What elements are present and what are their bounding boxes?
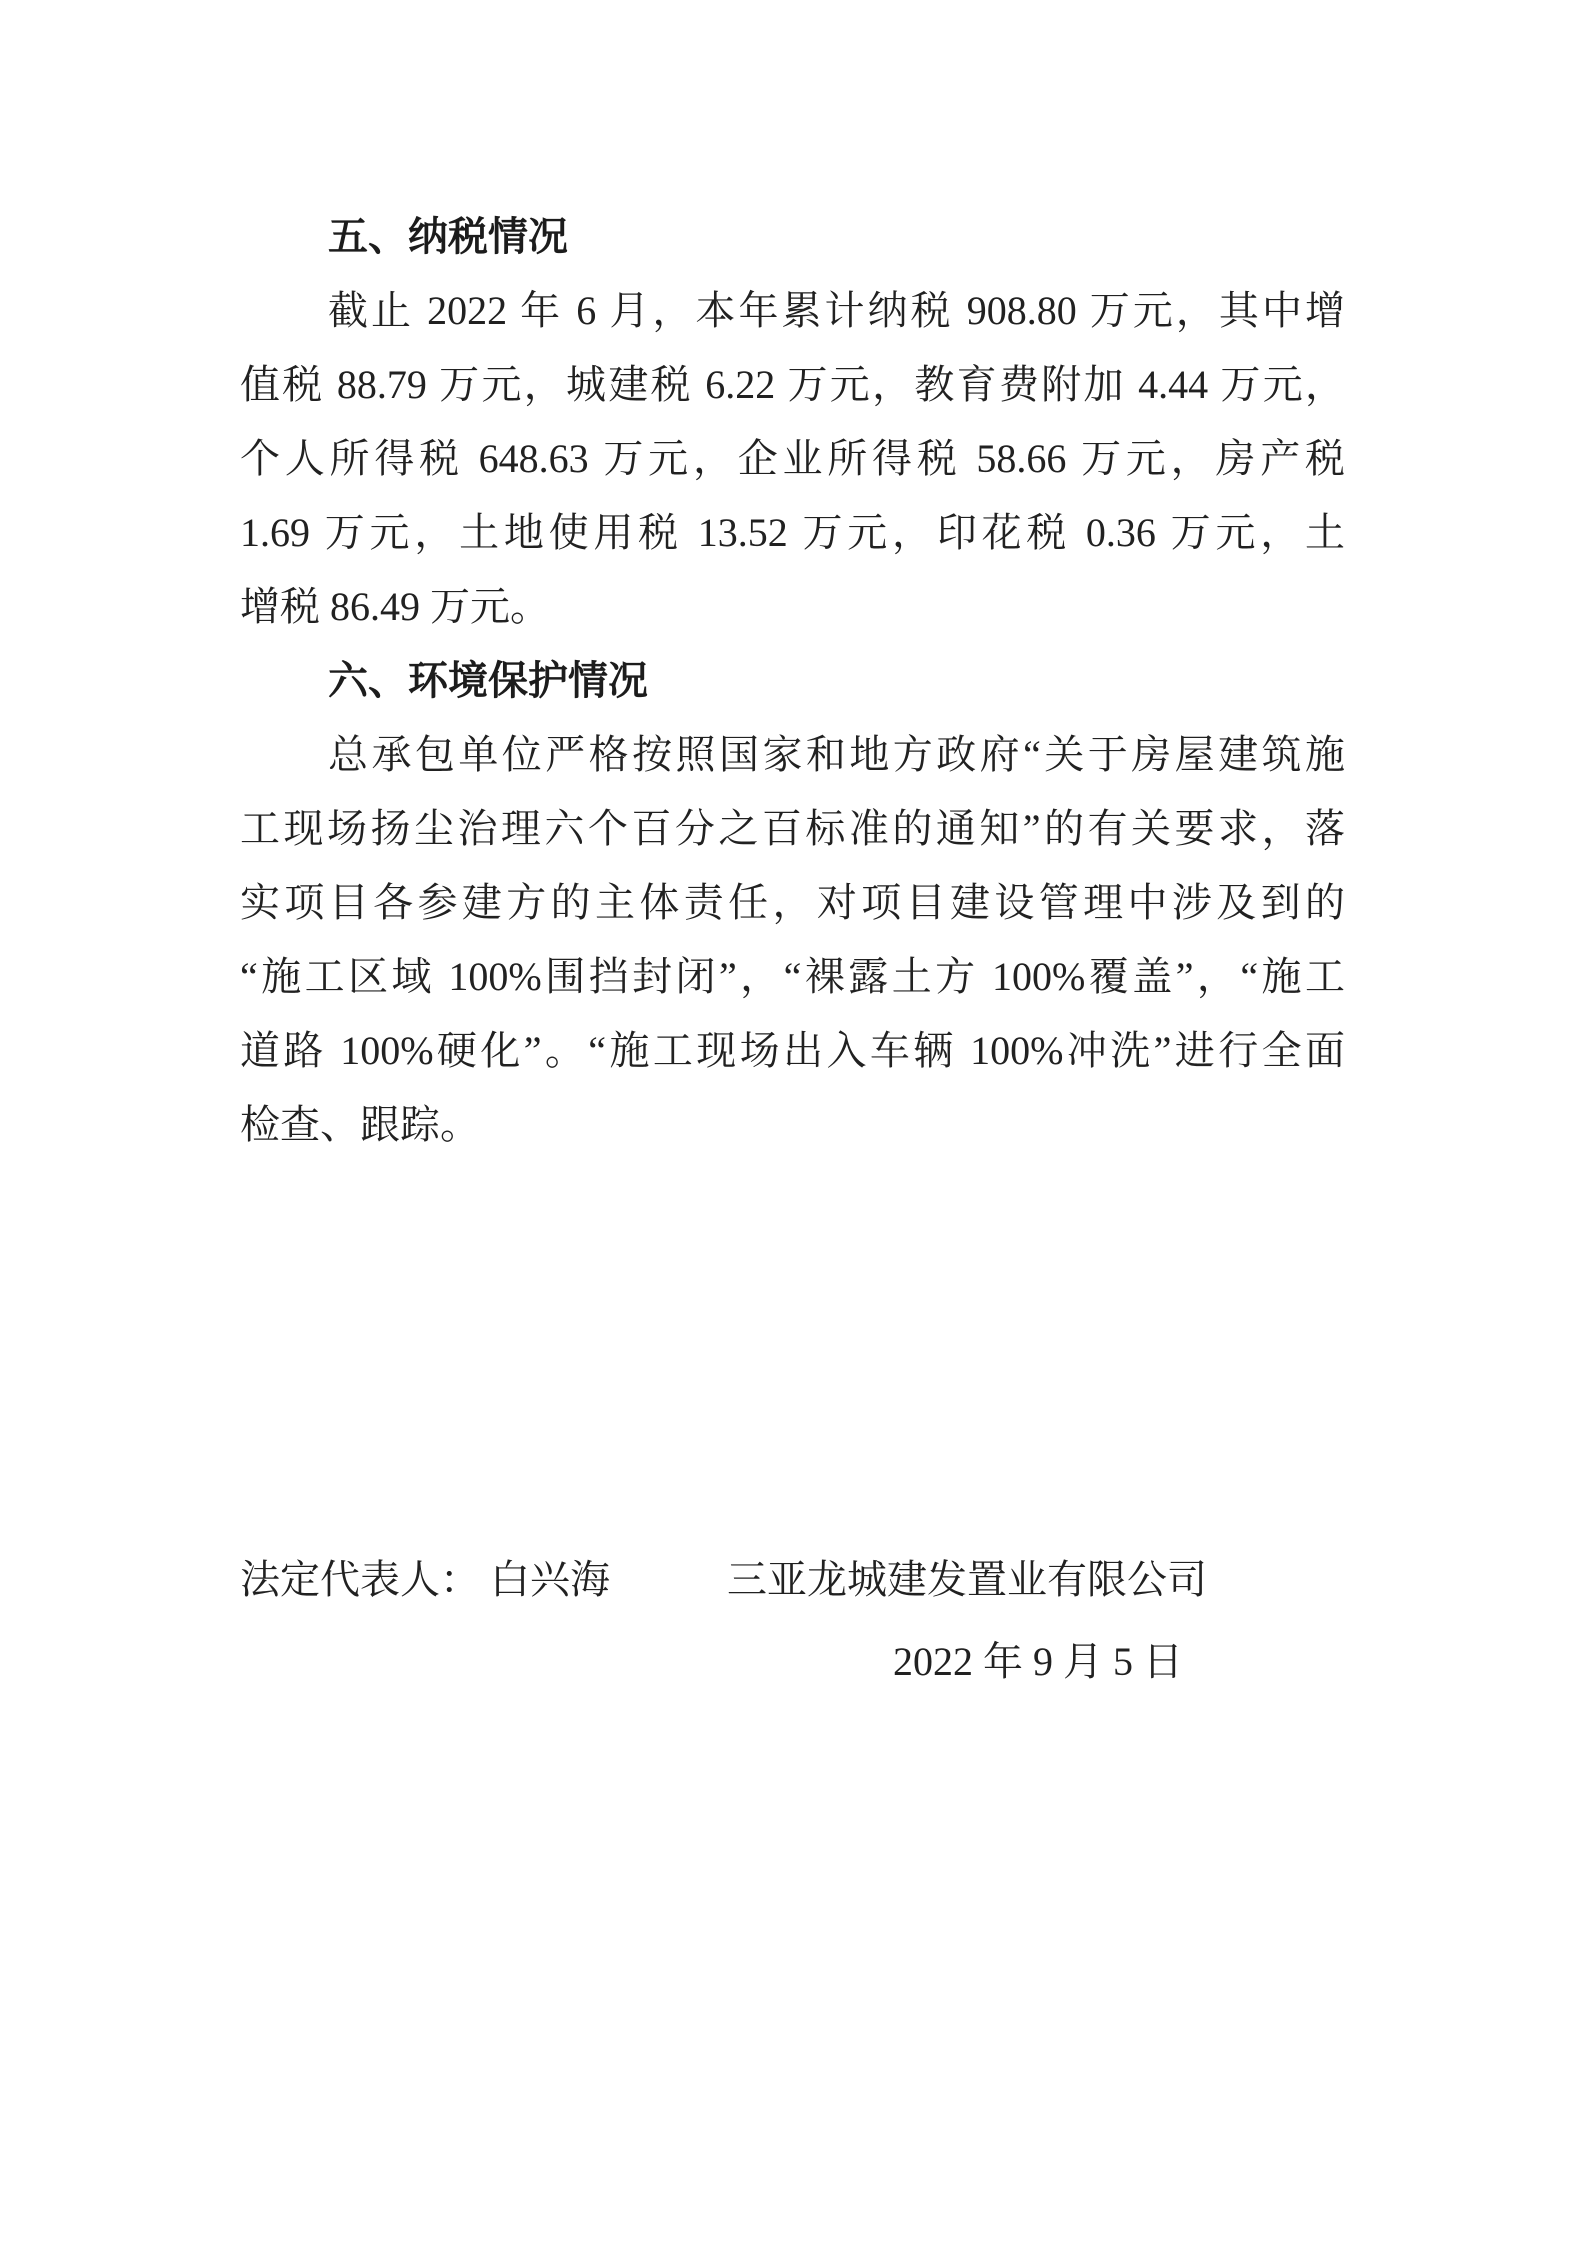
paragraph-line: 截止 2022 年 6 月，本年累计纳税 908.80 万元，其中增: [240, 274, 1345, 348]
legal-representative-line: 法定代表人： 白兴海: [240, 1543, 610, 1617]
paragraph-line: 个人所得税 648.63 万元，企业所得税 58.66 万元，房产税: [240, 422, 1345, 496]
paragraph-line: 1.69 万元，土地使用税 13.52 万元，印花税 0.36 万元，土: [240, 496, 1345, 570]
signature-row: 法定代表人： 白兴海 三亚龙城建发置业有限公司: [240, 1543, 1345, 1617]
date-row: 2022 年 9 月 5 日: [240, 1625, 1345, 1699]
vertical-gap: [240, 1162, 1345, 1543]
document-page: 五、纳税情况 截止 2022 年 6 月，本年累计纳税 908.80 万元，其中…: [0, 0, 1587, 2245]
paragraph-line: 总承包单位严格按照国家和地方政府“关于房屋建筑施: [240, 718, 1345, 792]
paragraph-line: “施工区域 100%围挡封闭”，“裸露土方 100%覆盖”，“施工: [240, 940, 1345, 1014]
section-6-paragraph: 总承包单位严格按照国家和地方政府“关于房屋建筑施 工现场扬尘治理六个百分之百标准…: [240, 718, 1345, 1162]
paragraph-line: 增税 86.49 万元。: [240, 570, 1345, 644]
section-6-heading: 六、环境保护情况: [240, 644, 1345, 718]
paragraph-line: 实项目各参建方的主体责任，对项目建设管理中涉及到的: [240, 866, 1345, 940]
signature-date: 2022 年 9 月 5 日: [893, 1625, 1183, 1699]
section-5-paragraph: 截止 2022 年 6 月，本年累计纳税 908.80 万元，其中增 值税 88…: [240, 274, 1345, 644]
paragraph-line: 道路 100%硬化”。“施工现场出入车辆 100%冲洗”进行全面: [240, 1014, 1345, 1088]
paragraph-line: 工现场扬尘治理六个百分之百标准的通知”的有关要求，落: [240, 792, 1345, 866]
section-5-heading: 五、纳税情况: [240, 200, 1345, 274]
paragraph-line: 检查、跟踪。: [240, 1088, 1345, 1162]
paragraph-line: 值税 88.79 万元，城建税 6.22 万元，教育费附加 4.44 万元，: [240, 348, 1345, 422]
company-name: 三亚龙城建发置业有限公司: [727, 1543, 1207, 1617]
